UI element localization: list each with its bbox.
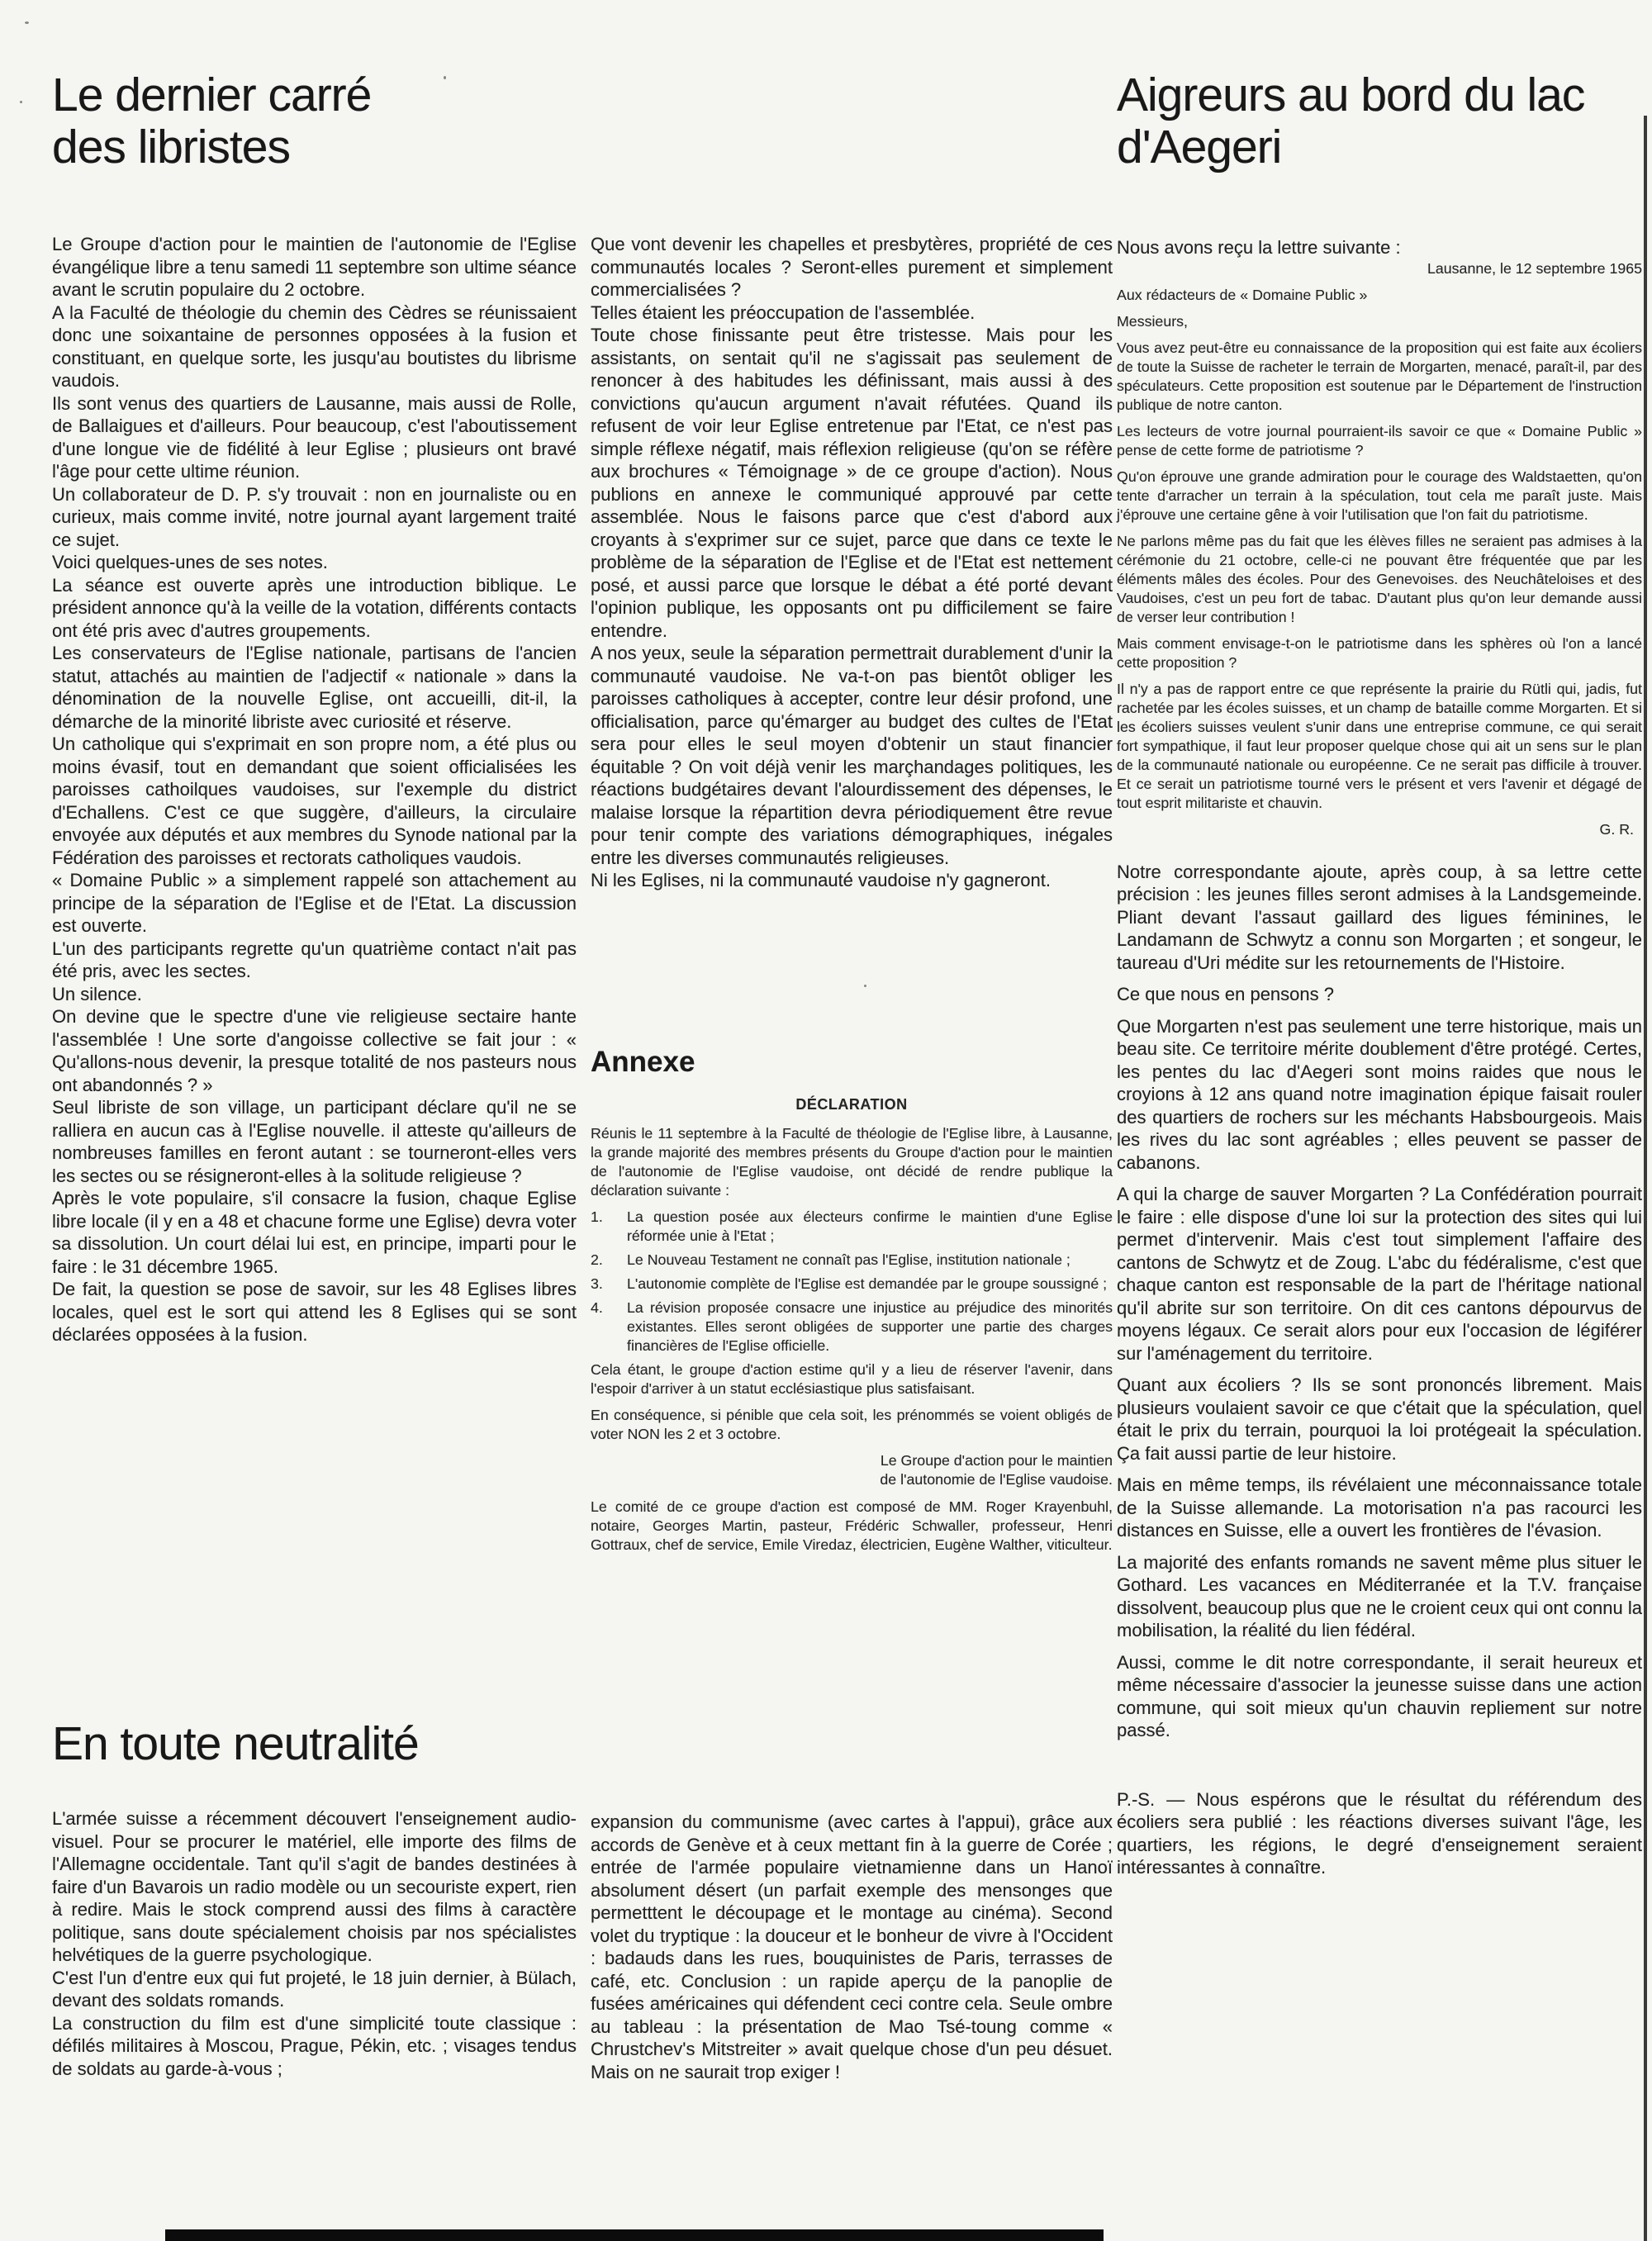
article-libristes-title: Le dernier carrédes libristes <box>52 69 371 173</box>
item-text: Le Nouveau Testament ne connaît pas l'Eg… <box>627 1251 1113 1270</box>
paragraph: L'armée suisse a récemment découvert l'e… <box>52 1807 577 1967</box>
libristes-column-1: Le Groupe d'action pour le maintien de l… <box>52 233 577 1346</box>
letter-date: Lausanne, le 12 septembre 1965 <box>1117 259 1642 278</box>
item-text: L'autonomie complète de l'Eglise est dem… <box>627 1275 1113 1294</box>
declaration-item: 2. Le Nouveau Testament ne connaît pas l… <box>591 1251 1113 1270</box>
paragraph: En conséquence, si pénible que cela soit… <box>591 1406 1113 1444</box>
paragraph: La majorité des enfants romands ne saven… <box>1117 1551 1642 1642</box>
paragraph: Le Groupe d'action pour le maintien de l… <box>52 233 577 301</box>
committee-note: Le comité de ce groupe d'action est comp… <box>591 1498 1113 1555</box>
paragraph: Après le vote populaire, s'il consacre l… <box>52 1187 577 1278</box>
item-text: La révision proposée consacre une injust… <box>627 1299 1113 1356</box>
title-line: Le dernier carré <box>52 69 371 121</box>
paragraph: Cela étant, le groupe d'action estime qu… <box>591 1360 1113 1398</box>
paragraph: Toute chose finissante peut être tristes… <box>591 324 1113 642</box>
scan-speck <box>444 76 446 79</box>
paragraph: Aussi, comme le dit notre correspondante… <box>1117 1651 1642 1742</box>
neutralite-column-1: L'armée suisse a récemment découvert l'e… <box>52 1807 577 2080</box>
libristes-column-2: Que vont devenir les chapelles et presby… <box>591 233 1113 892</box>
paragraph: Que vont devenir les chapelles et presby… <box>591 233 1113 301</box>
newspaper-page: Le dernier carrédes libristes Le Groupe … <box>0 0 1652 2241</box>
paragraph: C'est l'un d'entre eux qui fut projeté, … <box>52 1967 577 2012</box>
paragraph: Mais en même temps, ils révélaient une m… <box>1117 1474 1642 1542</box>
paragraph: Mais comment envisage-t-on le patriotism… <box>1117 634 1642 672</box>
item-number: 3. <box>591 1275 627 1294</box>
letter-recipient: Aux rédacteurs de « Domaine Public » <box>1117 286 1642 305</box>
paragraph: Ni les Eglises, ni la communauté vaudois… <box>591 869 1113 892</box>
neutralite-column-2: expansion du communisme (avec cartes à l… <box>591 1811 1113 2083</box>
paragraph: Quant aux écoliers ? Ils se sont prononc… <box>1117 1374 1642 1465</box>
paragraph: L'un des participants regrette qu'un qua… <box>52 938 577 983</box>
scan-speck <box>20 101 22 103</box>
paragraph: Les lecteurs de votre journal pourraient… <box>1117 422 1642 460</box>
item-number: 2. <box>591 1251 627 1270</box>
reader-letter: Lausanne, le 12 septembre 1965 Aux rédac… <box>1117 259 1642 839</box>
aigreurs-column: Nous avons reçu la lettre suivante : Lau… <box>1117 236 1642 1888</box>
paragraph: Ils sont venus des quartiers de Lausanne… <box>52 392 577 483</box>
paragraph: Les conservateurs de l'Eglise nationale,… <box>52 642 577 733</box>
paragraph: Que Morgarten n'est pas seulement une te… <box>1117 1015 1642 1175</box>
annexe-declaration: DÉCLARATION Réunis le 11 septembre à la … <box>591 1095 1113 1562</box>
title-line: Aigreurs au bord du lac <box>1117 69 1584 121</box>
paragraph: Réunis le 11 septembre à la Faculté de t… <box>591 1124 1113 1200</box>
paragraph: Voici quelques-unes de ses notes. <box>52 551 577 574</box>
annexe-heading: Annexe <box>591 1046 695 1079</box>
paragraph: « Domaine Public » a simplement rappelé … <box>52 869 577 938</box>
declaration-title: DÉCLARATION <box>591 1095 1113 1114</box>
paragraph: Un collaborateur de D. P. s'y trouvait :… <box>52 483 577 552</box>
title-line: d'Aegeri <box>1117 121 1281 173</box>
paragraph: Un catholique qui s'exprimait en son pro… <box>52 733 577 869</box>
paragraph: expansion du communisme (avec cartes à l… <box>591 1811 1113 2083</box>
paragraph: A la Faculté de théologie du chemin des … <box>52 301 577 392</box>
article-aigreurs-title: Aigreurs au bord du lacd'Aegeri <box>1117 69 1584 173</box>
declaration-item: 1. La question posée aux électeurs confi… <box>591 1208 1113 1246</box>
title-line: des libristes <box>52 121 290 173</box>
letter-salutation: Messieurs, <box>1117 312 1642 331</box>
paragraph: A nos yeux, seule la séparation permettr… <box>591 642 1113 869</box>
paragraph: De fait, la question se pose de savoir, … <box>52 1278 577 1346</box>
paragraph: Telles étaient les préoccupation de l'as… <box>591 301 1113 325</box>
paragraph: Ne parlons même pas du fait que les élèv… <box>1117 532 1642 627</box>
letter-intro: Nous avons reçu la lettre suivante : <box>1117 236 1642 259</box>
paragraph: On devine que le spectre d'une vie relig… <box>52 1005 577 1096</box>
paragraph: La séance est ouverte après une introduc… <box>52 574 577 643</box>
paragraph: La construction du film est d'une simpli… <box>52 2012 577 2081</box>
paragraph: A qui la charge de sauver Morgarten ? La… <box>1117 1183 1642 1365</box>
item-number: 4. <box>591 1299 627 1356</box>
signature-line: Le Groupe d'action pour le maintien <box>881 1452 1113 1469</box>
declaration-item: 3. L'autonomie complète de l'Eglise est … <box>591 1275 1113 1294</box>
paragraph: Ce que nous en pensons ? <box>1117 983 1642 1006</box>
item-text: La question posée aux électeurs confirme… <box>627 1208 1113 1246</box>
page-bottom-rule <box>165 2229 1104 2241</box>
letter-signature: G. R. <box>1117 820 1634 839</box>
article-neutralite-title: En toute neutralité <box>52 1718 419 1770</box>
paragraph: Un silence. <box>52 983 577 1006</box>
scan-edge-line <box>1644 116 1647 2241</box>
declaration-signature: Le Groupe d'action pour le maintiende l'… <box>591 1451 1113 1489</box>
signature-line: de l'autonomie de l'Eglise vaudoise. <box>880 1471 1113 1488</box>
paragraph: Vous avez peut-être eu connaissance de l… <box>1117 339 1642 415</box>
item-number: 1. <box>591 1208 627 1246</box>
paragraph: Seul libriste de son village, un partici… <box>52 1096 577 1187</box>
paragraph: Qu'on éprouve une grande admiration pour… <box>1117 468 1642 525</box>
scan-speck <box>25 21 29 24</box>
declaration-item: 4. La révision proposée consacre une inj… <box>591 1299 1113 1356</box>
scan-speck <box>864 985 866 987</box>
paragraph: Notre correspondante ajoute, après coup,… <box>1117 861 1642 975</box>
editorial-reply: Notre correspondante ajoute, après coup,… <box>1117 861 1642 1879</box>
post-scriptum: P.-S. — Nous espérons que le résultat du… <box>1117 1788 1642 1879</box>
paragraph: Il n'y a pas de rapport entre ce que rep… <box>1117 680 1642 813</box>
